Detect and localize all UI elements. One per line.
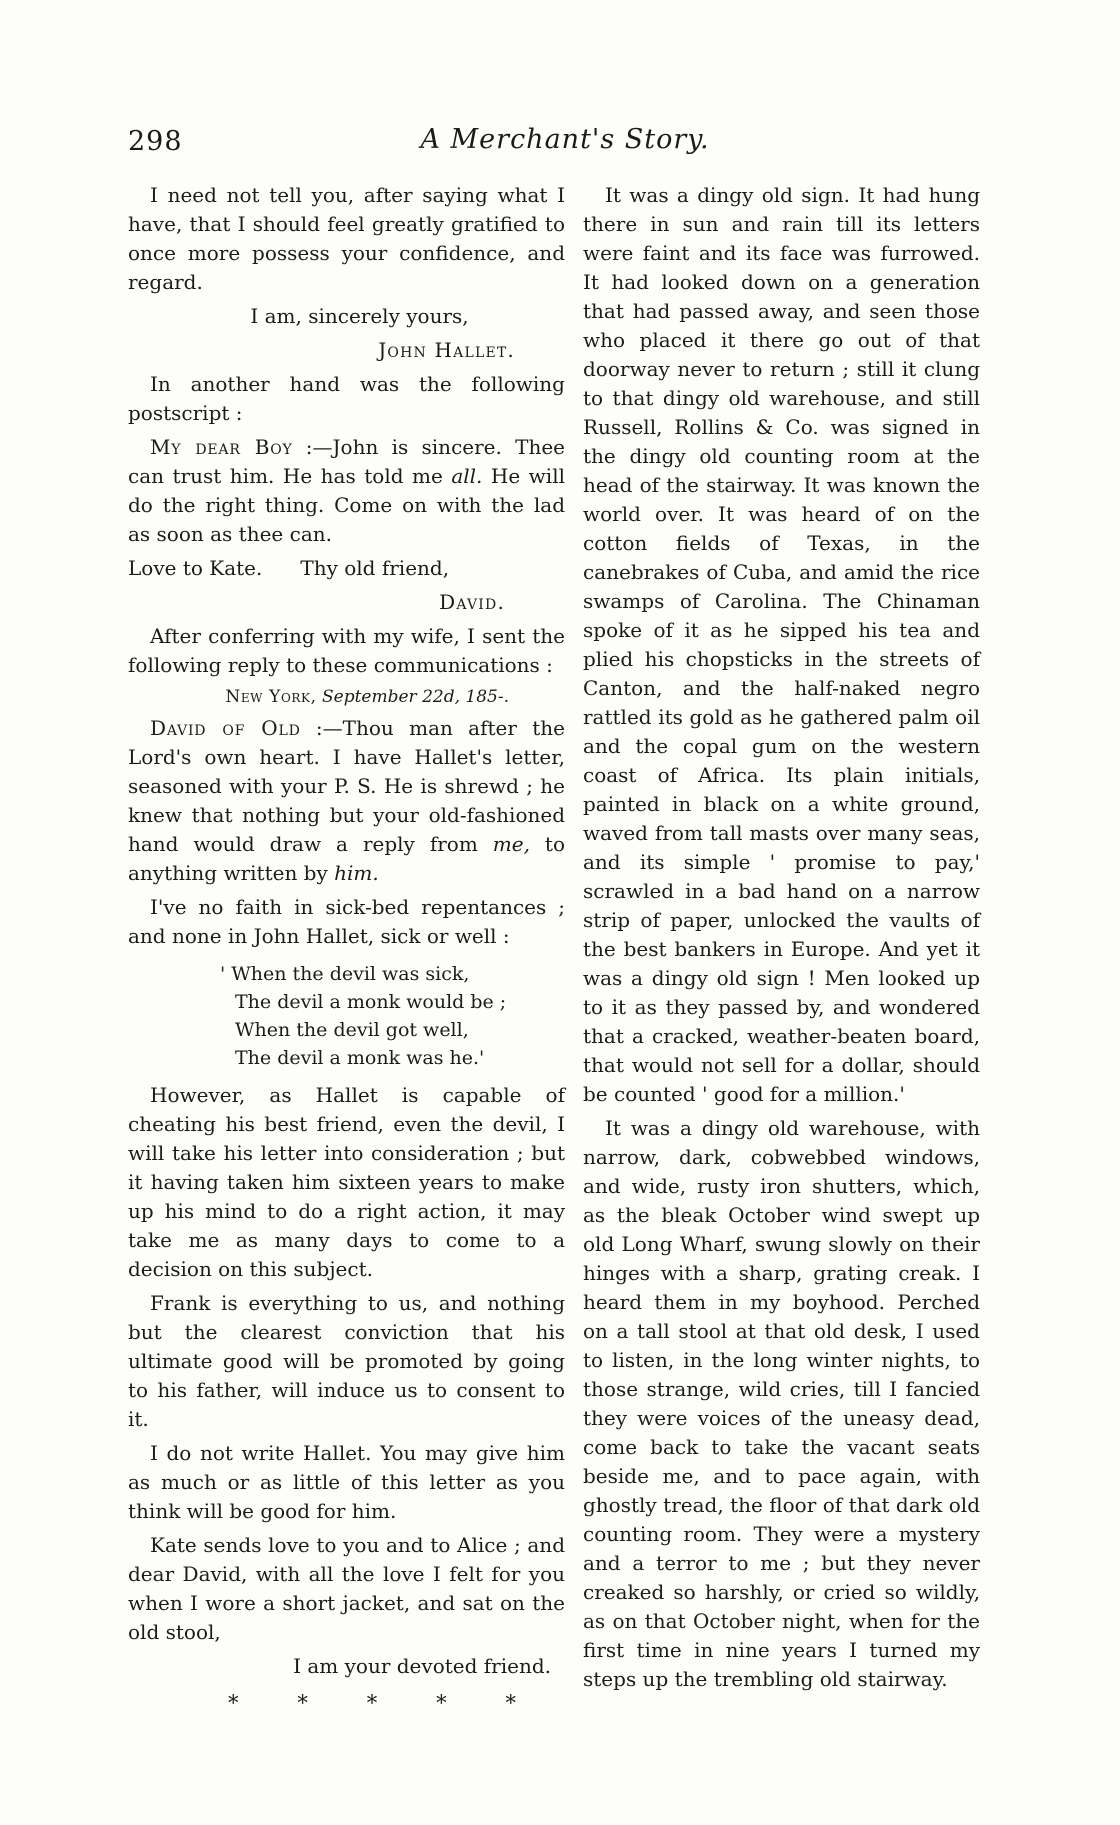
paragraph-do-not-write: I do not write Hallet. You may give him …: [128, 1439, 565, 1526]
section-break-asterisks: * * * * *: [228, 1689, 516, 1718]
page-header: 298 A Merchant's Story.: [128, 124, 980, 166]
postscript-italic-all: all.: [451, 464, 482, 488]
dateline-date: September 22d, 185-.: [317, 687, 509, 707]
letter-salutation: David of Old: [150, 716, 301, 740]
right-column: It was a dingy old sign. It had hung the…: [583, 181, 980, 1718]
book-page: 298 A Merchant's Story. I need not tell …: [0, 0, 1120, 1825]
paragraph-another-hand: In another hand was the following postsc…: [128, 370, 565, 428]
paragraph-dingy-warehouse: It was a dingy old warehouse, with narro…: [583, 1114, 980, 1694]
dateline: New York, September 22d, 185-.: [128, 685, 565, 709]
paragraph-kate-sends: Kate sends love to you and to Alice ; an…: [128, 1531, 565, 1647]
asterisk: *: [367, 1689, 378, 1718]
asterisk: *: [297, 1689, 308, 1718]
letter-body-paragraph: David of Old :—Thou man after the Lord's…: [128, 714, 565, 888]
paragraph-dingy-sign: It was a dingy old sign. It had hung the…: [583, 181, 980, 1109]
asterisk: *: [436, 1689, 447, 1718]
signature-john-hallet: John Hallet.: [128, 336, 565, 365]
text-columns: I need not tell you, after saying what I…: [128, 181, 980, 1718]
poem-line-4: The devil a monk was he.': [235, 1044, 565, 1072]
signature-david: David.: [128, 588, 565, 617]
postscript-paragraph: My dear Boy :—John is sincere. Thee can …: [128, 433, 565, 549]
love-to-kate-line: Love to Kate.Thy old friend,: [128, 554, 565, 583]
letter-closing-devoted: I am your devoted friend.: [128, 1652, 565, 1681]
left-column: I need not tell you, after saying what I…: [128, 181, 565, 1718]
paragraph-after-conferring: After conferring with my wife, I sent th…: [128, 622, 565, 680]
paragraph-gratified: I need not tell you, after saying what I…: [128, 181, 565, 297]
poem-line-1: ' When the devil was sick,: [220, 960, 565, 988]
letter-italic-me: me,: [493, 832, 530, 856]
paragraph-no-faith: I've no faith in sick-bed repentances ; …: [128, 893, 565, 951]
asterisk: *: [228, 1689, 239, 1718]
running-title: A Merchant's Story.: [128, 124, 980, 155]
poem-line-3: When the devil got well,: [235, 1016, 565, 1044]
paragraph-frank: Frank is everything to us, and nothing b…: [128, 1289, 565, 1434]
paragraph-however: However, as Hallet is capable of cheatin…: [128, 1081, 565, 1284]
poem-line-2: The devil a monk would be ;: [235, 988, 565, 1016]
dateline-place: New York,: [225, 687, 316, 707]
asterisk: *: [506, 1689, 517, 1718]
poem-quote: ' When the devil was sick, The devil a m…: [220, 960, 565, 1072]
thy-old-friend: Thy old friend,: [300, 556, 449, 580]
letter-italic-him: him.: [334, 861, 379, 885]
love-to-kate: Love to Kate.: [128, 556, 262, 580]
letter-closing-sincerely: I am, sincerely yours,: [128, 302, 565, 331]
postscript-salutation: My dear Boy: [150, 435, 293, 459]
